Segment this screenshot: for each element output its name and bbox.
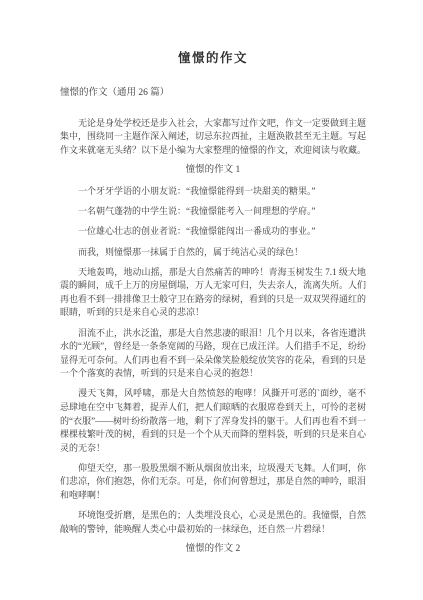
paragraph-earthquake: 天地轰鸣，地动山摇，那是大自然痛苦的呻吟！青海玉树发生 7.1 级大地震的瞬间，…	[60, 266, 366, 320]
section-2-heading: 憧憬的作文 2	[60, 543, 366, 557]
paragraph-smoke: 仰望天空，那一股股黑烟不断从烟囱放出来，垃圾漫天飞舞。人们呵，你们悲凉，你们抱怨…	[60, 462, 366, 503]
paragraph-quote-student: 一名朝气蓬勃的中学生说：“我憧憬能考入一间理想的学府。”	[60, 205, 366, 219]
document-page: 憧憬的作文 憧憬的作文（通用 26 篇） 无论是身处学校还是步入社会，大家都写过…	[0, 0, 423, 600]
paragraph-conclusion: 环境饱受折磨，是黑色的；人类埋没良心，心灵是黑色的。我憧憬，自然敲响的警钟，能唤…	[60, 509, 366, 536]
paragraph-my-longing: 而我，则憧憬那一抹属于自然的，属于纯洁心灵的绿色！	[60, 246, 366, 260]
paragraph-flood: 泪流不止，洪水泛滥，那是大自然悲凄的眼泪！几个月以来，各省连遭洪水的“光顾”，曾…	[60, 327, 366, 381]
intro-paragraph: 无论是身处学校还是步入社会，大家都写过作文吧，作文一定要做到主题集中，围绕同一主…	[60, 117, 366, 158]
document-subtitle: 憧憬的作文（通用 26 篇）	[60, 87, 366, 101]
paragraph-quote-child: 一个牙牙学语的小朋友说：“我憧憬能得到一块甜美的糖果。”	[60, 185, 366, 199]
document-title: 憧憬的作文	[60, 50, 366, 66]
section-1-heading: 憧憬的作文 1	[60, 164, 366, 178]
paragraph-wind: 漫天飞舞，风呼啸，那是大自然愤怒的咆哮！风撕开可恶的`面纱，毫不忌肆地在空中飞舞…	[60, 387, 366, 455]
paragraph-quote-entrepreneur: 一位雄心壮志的创业者说：“我憧憬能闯出一番成功的事业。”	[60, 225, 366, 239]
